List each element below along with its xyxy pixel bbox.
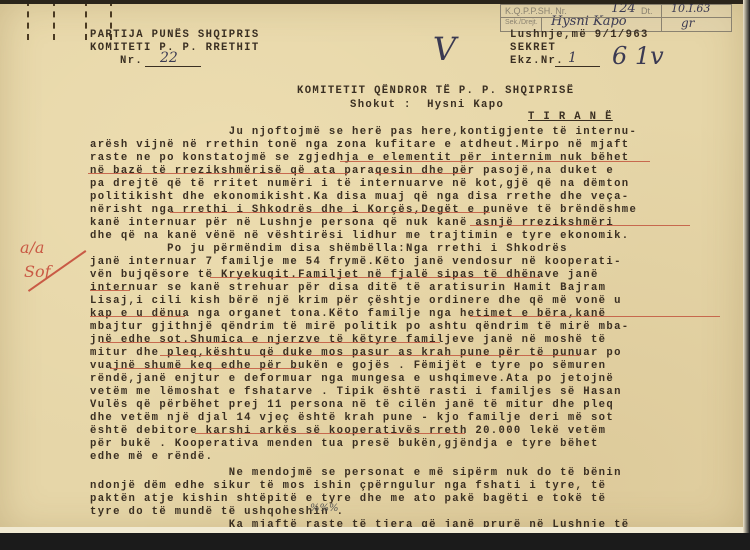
copy-underline <box>555 66 600 67</box>
document-number-label: Nr. <box>120 55 143 68</box>
stamp-date-label: Dt. <box>641 6 653 16</box>
body-line: është debitore karshi arkës së kooperati… <box>90 425 606 438</box>
margin-note-line1: a/a <box>20 238 44 257</box>
body-line: mbajtur gjithnjë qëndrim të mirë politik… <box>90 321 630 334</box>
stamp-initials: gr <box>681 16 694 30</box>
body-line: raste ne po konstatojmë se zgjedhja e el… <box>90 152 630 165</box>
body-line: për bukë . Kooperativa menden tua presë … <box>90 438 599 451</box>
body-line: edhe më e rëndë. <box>90 451 213 464</box>
body-line: dhe vetëm një djal 14 vjeç është krah pu… <box>90 412 614 425</box>
body-line: Po ju përmëndim disa shëmbëlla:Nga rreth… <box>90 243 568 256</box>
recipient-attention: Shokut : Hysni Kapo <box>350 99 504 112</box>
scan-right-edge <box>743 0 750 550</box>
body-line: vetëm me lëmoshat e fshatarve . Tipik ës… <box>90 386 622 399</box>
number-underline <box>145 66 201 67</box>
document-page: PARTIJA PUNËS SHQIPRIS KOMITETI P. P. RR… <box>0 0 743 533</box>
binding-hole-mark <box>27 0 31 40</box>
body-line: ndonjë dëm edhe sikur të mos ishin çpërn… <box>90 480 606 493</box>
body-line: nërisht nga rrethi i Shkodrës dhe i Korç… <box>90 204 637 217</box>
recipient-city: T I R A N Ë <box>528 111 613 124</box>
body-line: Ju njoftojmë se herë pas here,kontigjent… <box>90 126 637 139</box>
binding-hole-mark <box>53 0 57 40</box>
body-line: vuajnë shumë keq edhe për bukën e gojës … <box>90 360 606 373</box>
scan-top-edge <box>0 0 750 4</box>
scan-border <box>0 533 750 550</box>
footer-mark: %%% <box>310 503 339 514</box>
body-line: kanë internuar për në Lushnje persona që… <box>90 217 614 230</box>
body-line: dhe që na kanë vënë në vështirësi lidhur… <box>90 230 630 243</box>
body-line: pa drejtë që të rritet numëri i të inter… <box>90 178 630 191</box>
place-and-date: Lushnje,më 9/1/963 <box>510 29 649 42</box>
body-line: mitur dhe pleq,kështu që duke mos pasur … <box>90 347 622 360</box>
party-name: PARTIJA PUNËS SHQIPRIS <box>90 29 260 42</box>
registry-stamp: K.Q.P.P.SH. Nr. 124 Dt. 10.I.63 Sek./Dre… <box>500 4 732 32</box>
body-line: tyre do të mundë të ushqoheshin . <box>90 506 344 519</box>
body-line: politikisht dhe ekonomikisht.Ka disa mua… <box>90 191 630 204</box>
body-line: kap e u dënua nga organet tona.Këto fami… <box>90 308 606 321</box>
document-number-value: 22 <box>160 50 178 66</box>
check-mark: V <box>430 30 460 68</box>
classification: SEKRET <box>510 42 556 55</box>
recipient-line: KOMITETIT QËNDROR TË P. P. SHQIPRISË <box>297 85 574 98</box>
body-line: arësh vijnë në rrethin tonë nga zona kuf… <box>90 139 630 152</box>
copy-number-value: 1 <box>568 50 577 66</box>
body-line: internuar se kanë strehuar për disa ditë… <box>90 282 606 295</box>
body-line: janë internuar 7 familje me 54 frymë.Kët… <box>90 256 622 269</box>
body-line: jnë edhe sot.Shumica e njerzve të këtyre… <box>90 334 606 347</box>
body-line: Vulës që përbëhet prej 11 persona në të … <box>90 399 614 412</box>
body-line: rëndë,janë enjtur e deformuar nga munges… <box>90 373 614 386</box>
handwritten-copy-mark: 6 1v <box>612 42 664 70</box>
body-line: Lisaj,i cili kish bërë një krim për çësh… <box>90 295 622 308</box>
body-line: vën bujqësore të Kryekuqit.Familjet në f… <box>90 269 599 282</box>
body-line: në bazë të rrezikshmërisë që ata paraqes… <box>90 165 614 178</box>
binding-hole-mark <box>85 0 89 40</box>
stamp-row2-label: Sek./Drejt. <box>505 19 538 26</box>
body-line: Ne mendojmë se personat e më sipërm nuk … <box>90 467 622 480</box>
body-line: paktën atje kishin shtëpitë e tyre dhe m… <box>90 493 606 506</box>
